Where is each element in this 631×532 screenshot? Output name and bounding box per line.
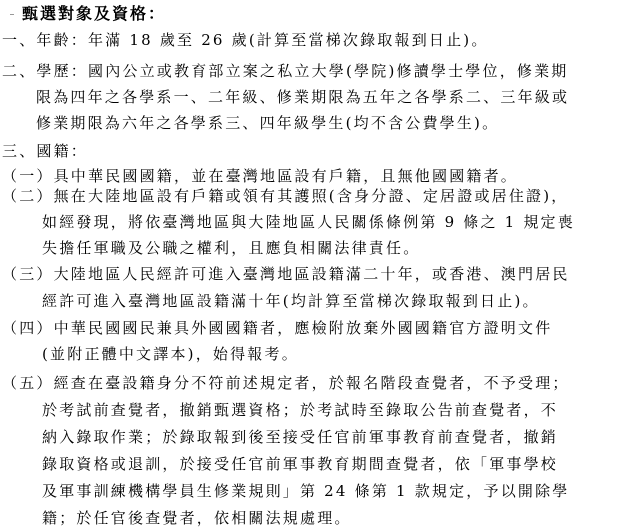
- item-3-nationality: 三、國籍：: [2, 141, 88, 161]
- subitem-5-line-5: 及軍事訓練機構學員生修業規則」第 24 條第 1 款規定，予以開除學: [42, 481, 570, 501]
- item-1-age: 一、年齡：年滿 18 歲至 26 歲(計算至當梯次錄取報到日止)。: [2, 30, 489, 50]
- subitem-2-line-2: 如經發現，將依臺灣地區與大陸地區人民關係條例第 9 條之 1 規定喪: [42, 212, 575, 232]
- subitem-3-line-2: 經許可進入臺灣地區設籍滿十年(均計算至當梯次錄取報到日止)。: [42, 291, 540, 311]
- item-2-education-line-1: 二、學歷：國內公立或教育部立案之私立大學(學院)修讀學士學位，修業期: [2, 61, 569, 81]
- subitem-5-line-1: （五）經查在臺設籍身分不符前述規定者，於報名階段查覺者，不予受理；: [2, 373, 570, 393]
- subitem-5-line-6: 籍；於任官後查覺者，依相關法規處理。: [42, 508, 352, 528]
- subitem-4-line-2: (並附正體中文譯本)，始得報考。: [42, 344, 299, 364]
- subitem-4-line-1: （四）中華民國國民兼具外國國籍者，應檢附放棄外國國籍官方證明文件: [2, 318, 552, 338]
- subitem-5-line-2: 於考試前查覺者，撤銷甄選資格；於考試時至錄取公告前查覺者，不: [42, 400, 558, 420]
- subitem-5-line-3: 納入錄取作業；於錄取報到後至接受任官前軍事教育前查覺者，撤銷: [42, 427, 558, 447]
- margin-mark: [10, 14, 14, 15]
- subitem-2-line-3: 失擔任軍職及公職之權利，且應負相關法律責任。: [42, 238, 420, 258]
- item-2-education-line-3: 修業期限為六年之各學系三、四年級學生(均不含公費學生)。: [36, 113, 499, 133]
- section-heading: 甄選對象及資格：: [22, 4, 166, 24]
- subitem-3-line-1: （三）大陸地區人民經許可進入臺灣地區設籍滿二十年，或香港、澳門居民: [2, 264, 570, 284]
- subitem-2-line-1: （二）無在大陸地區設有戶籍或領有其護照(含身分證、定居證或居住證)，: [2, 186, 569, 206]
- item-2-education-line-2: 限為四年之各學系一、二年級、修業期限為五年之各學系二、三年級或: [36, 87, 569, 107]
- subitem-1-line-1: （一）具中華民國國籍，並在臺灣地區設有戶籍，且無他國國籍者。: [2, 166, 518, 186]
- subitem-5-line-4: 錄取資格或退訓，於接受任官前軍事教育期間查覺者，依「軍事學校: [42, 454, 558, 474]
